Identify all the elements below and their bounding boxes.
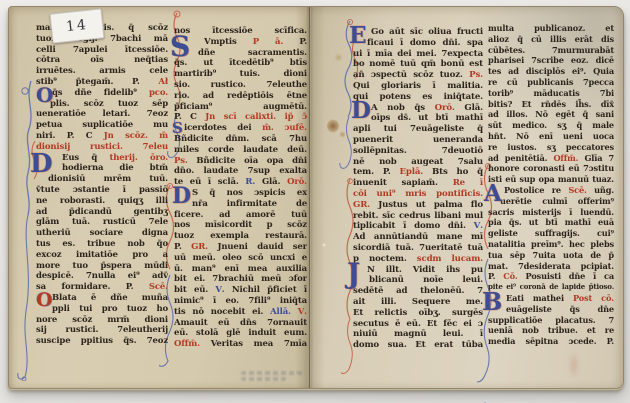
manuscript-text-run: inuenit sapiam̄. bbox=[353, 178, 453, 188]
manuscript-text-run: uerētie culmī offerim⁹ bbox=[500, 196, 614, 206]
manuscript-text-run: ui ī mīa dei mei. 7expecta bbox=[353, 49, 483, 59]
manuscript-text-run: isti eū sup opa manuū tuaz. bbox=[488, 174, 614, 184]
manuscript-text-run: excoz imitatiōe pro a bbox=[36, 250, 168, 260]
manuscript-text-run: stib⁹ p̄tegam̄. P. bbox=[36, 77, 158, 87]
manuscript-text-run: Justus ut palma flo bbox=[378, 200, 483, 210]
manuscript-text-run: ficaui ī domo dn̄i. spa bbox=[367, 38, 483, 48]
manuscript-text-run: Veritas mea 7mīa bbox=[211, 339, 307, 349]
manuscript-text-run: P. bbox=[174, 242, 191, 252]
manuscript-text-run: Eati mathei bbox=[506, 293, 573, 303]
manuscript-text-run: dn̄o. laudate 7sup exalta bbox=[174, 166, 307, 176]
manuscript-spread: mani acceptis. q̄ scōztuoz sergij. 7bach… bbox=[8, 6, 624, 389]
manuscript-text-run: ad p̄dicandū gentibʒ bbox=[36, 207, 168, 217]
manuscript-text-run: martirib⁹ tuis. dioni bbox=[174, 69, 307, 79]
manuscript-text-run: Offm̄. bbox=[553, 153, 584, 163]
manuscript-text-run: P. bbox=[488, 271, 503, 281]
manuscript-text-run: Posuisti dn̄e ī ca bbox=[526, 271, 614, 281]
manuscript-text-run: dñe sacramentis. bbox=[198, 48, 307, 58]
manuscript-text-run: niri. P. C̄ bbox=[36, 131, 104, 141]
illuminated-initial: D bbox=[172, 185, 191, 207]
manuscript-text-run: Et relictis oībʒ. surgēs bbox=[353, 308, 483, 318]
manuscript-text-run: niuiū magnū leui. ī bbox=[353, 329, 483, 339]
illuminated-initial: S bbox=[172, 121, 183, 136]
manuscript-text-run: sūt medico. sʒ q̄ male bbox=[488, 120, 614, 130]
manuscript-text-run: pco. bbox=[149, 88, 168, 98]
manuscript-text-run: secutus ē eū. Et fēc ei ɔ bbox=[353, 319, 483, 329]
manuscript-text-run: tuoz exempla restaurā. bbox=[174, 231, 307, 241]
manuscript-text-run: Bñdicite dn̄m. scā 7hu bbox=[174, 134, 307, 144]
manuscript-text-run: Nichil p̄ficiet ī bbox=[232, 285, 307, 295]
stain bbox=[334, 53, 343, 62]
manuscript-text-run: tes ad disciplōs ei⁹. Quia bbox=[488, 66, 614, 76]
manuscript-text-run: q̄s. ut ītcedētib⁹ btīs bbox=[174, 58, 307, 68]
manuscript-text-run: pia q̄s. ut btī mathī euā bbox=[488, 217, 614, 227]
ink-smudge bbox=[569, 351, 579, 379]
manuscript-text-run: p noctem. bbox=[353, 254, 417, 264]
manuscript-text-run: geliste suffragijs. cui⁹ bbox=[488, 228, 614, 238]
manuscript-text-run: ū. man⁹ enī mea auxilia bbox=[174, 264, 307, 274]
manuscript-text-run: pharisei 7scribe eoz. dicē bbox=[488, 55, 614, 65]
manuscript-text-run: N ill̄t. Vidit ih̄s pu bbox=[367, 265, 483, 275]
manuscript-text-run: Go aūt sīc oliua fructi bbox=[371, 27, 483, 37]
illuminated-initial: J bbox=[347, 260, 360, 288]
manuscript-text-run: bit eū. bbox=[174, 285, 215, 295]
gutter-crease bbox=[309, 7, 310, 388]
manuscript-text-run: GR̄. bbox=[191, 242, 217, 252]
manuscript-text-run: domo sua. Et erat tūba bbox=[353, 340, 483, 350]
manuscript-text-run: Glā. bbox=[464, 103, 483, 113]
manuscript-text-run: nos mīsicordit̄ p scōz bbox=[174, 220, 307, 230]
manuscript-text-run: therij. ōro. bbox=[109, 153, 168, 163]
manuscript-text-run: icerdotes dei bbox=[184, 123, 262, 133]
manuscript-text-run: petua suplicatiōe mu bbox=[36, 120, 168, 130]
manuscript-text-run: miles corde laudate deū. bbox=[174, 145, 307, 155]
manuscript-text-run: re iustos. sʒ peccatores bbox=[488, 142, 614, 152]
manuscript-text-run: pite ei⁹ coronā de lapide p̄tioso. bbox=[488, 282, 614, 291]
manuscript-text-run: qui potens es iniq̄tate. bbox=[353, 92, 483, 102]
manuscript-text-run: honore coronasti eū 7ɔstitu bbox=[488, 163, 614, 173]
manuscript-text-run: nr̄a infirmitate de bbox=[192, 199, 307, 209]
manuscript-text-run: ad illos. Nō egēt q̄ sani bbox=[488, 109, 614, 119]
manuscript-text-run: Postolice re bbox=[504, 185, 568, 195]
illuminated-initial: B bbox=[482, 290, 502, 314]
manuscript-text-run: alioz q̄ cū illis erāt dis bbox=[488, 34, 614, 44]
manuscript-text-run: Jn scī calixti. ip̄ ɔ̄ bbox=[205, 112, 307, 122]
manuscript-text-run: hodierna die btm̄ bbox=[62, 163, 168, 173]
manuscript-text-run: Scē. bbox=[149, 282, 168, 292]
manuscript-text-run: cōtra oīs neq̄tias bbox=[36, 55, 168, 65]
show-through-text bbox=[241, 369, 305, 387]
manuscript-text-run: tem. P. bbox=[353, 167, 399, 177]
manuscript-text-run: dionisij rustici. 7eleu bbox=[36, 142, 168, 152]
manuscript-text-run: P. bbox=[299, 37, 307, 47]
manuscript-photo: mani acceptis. q̄ scōztuoz sergij. 7bach… bbox=[0, 0, 630, 403]
manuscript-text-run: natalitia preīm⁹. hec plebs bbox=[488, 239, 614, 249]
manuscript-text-run: sedētē ad thelonēū. 7 bbox=[353, 286, 483, 296]
manuscript-text-run: V̄. bbox=[474, 221, 483, 231]
manuscript-text-run: ficere. ad amorē tuū bbox=[174, 210, 307, 220]
stain bbox=[339, 131, 346, 138]
manuscript-text-run: celli 7apulei ītcessiōe. bbox=[36, 45, 168, 55]
manuscript-text-run: irruētes. armis cele bbox=[36, 66, 168, 76]
manuscript-text-run: cōi uni⁹ mris pontificis. bbox=[353, 189, 483, 199]
manuscript-text-run: hn̄t. Nō enī ueni uoca bbox=[488, 131, 614, 141]
illuminated-initial: D bbox=[351, 99, 371, 122]
text-column-1: mani acceptis. q̄ scōztuoz sergij. 7bach… bbox=[36, 23, 168, 347]
manuscript-text-run: nore scōz mrm̄ dioni bbox=[36, 315, 168, 325]
manuscript-text-run: scd̄m lucam. bbox=[417, 254, 483, 264]
manuscript-text-run: re cū publicanis 7pecca bbox=[488, 77, 614, 87]
manuscript-text-run: euāgeliste q̄s dn̄e bbox=[506, 304, 614, 314]
manuscript-text-run: sicordiā tuā. 7ueritatē tuā bbox=[353, 243, 483, 253]
manuscript-text-run: Glā. bbox=[262, 177, 287, 187]
manuscript-text-run: glām tuā. rusticū 7ele bbox=[36, 217, 168, 227]
manuscript-text-run: R̄. bbox=[245, 177, 262, 187]
manuscript-text-run: Bt̄s ho q̄ bbox=[432, 167, 483, 177]
manuscript-text-run: plis. scōz tuoz sēp bbox=[50, 99, 168, 109]
manuscript-text-run: P̄ ā. bbox=[253, 37, 300, 47]
manuscript-text-run: ueniā nob tribue. et re bbox=[488, 325, 614, 335]
manuscript-text-run: sacris misterijs ī luendū. bbox=[488, 207, 614, 217]
manuscript-text-run: tus es. tribue nob q̄o bbox=[36, 239, 168, 249]
manuscript-text-run: supplicatiōe placatus. 7 bbox=[488, 315, 614, 325]
manuscript-text-run: Bñdicite oīa opa dn̄i bbox=[196, 156, 307, 166]
manuscript-text-run: Amauit eū dn̄s 7ornauit bbox=[174, 318, 307, 328]
illuminated-initial: S bbox=[170, 33, 190, 61]
manuscript-text-run: media sēpitna ɔcede. P. bbox=[488, 336, 614, 346]
manuscript-text-run: more tuo p̄spera mūdi bbox=[36, 261, 168, 271]
manuscript-text-run: despicē. 7nulla ei⁹ adv̄ bbox=[36, 271, 168, 281]
manuscript-text-run: GR̄. bbox=[353, 200, 378, 210]
manuscript-text-run: uū meū. oleo scō uncxi e bbox=[174, 253, 307, 263]
manuscript-text-run: Cō. bbox=[503, 271, 525, 281]
manuscript-text-run: V̄. bbox=[215, 285, 232, 295]
manuscript-text-run: Glīa 7 bbox=[584, 153, 614, 163]
manuscript-text-run: bit̄ ei. 7brachiū meū ɔfor bbox=[174, 274, 307, 284]
manuscript-text-run: ne roborasti. quiqʒ illi bbox=[36, 196, 168, 206]
manuscript-text-run: tis nō nocebit ei. bbox=[174, 307, 270, 317]
manuscript-text-run: Jn scōz. m̄ bbox=[104, 131, 168, 141]
manuscript-text-run: tiplicabit̄ ī domo dn̄i. bbox=[353, 221, 474, 231]
manuscript-text-run: torib⁹ māducatis 7bi bbox=[488, 88, 614, 98]
manuscript-text-run: m̄. ɔufē. bbox=[262, 123, 307, 133]
text-column-2: nos ītcessiōe scīfica.Vmptis P̄ ā. P.dñe… bbox=[174, 26, 307, 350]
manuscript-text-run: multa publicanoz. et bbox=[488, 23, 614, 33]
manuscript-text-run: P̄s. bbox=[469, 70, 483, 80]
manuscript-text-run: Orō. bbox=[287, 177, 307, 187]
illuminated-initial: O bbox=[36, 85, 53, 105]
manuscript-text-run: apl̄i tui 7euāgeliste q̄ bbox=[353, 124, 483, 134]
manuscript-text-run: oīps ds̄. ut btī mathī bbox=[371, 113, 483, 123]
manuscript-text-run: S q̄ nos ɔspicis ex bbox=[192, 188, 307, 198]
manuscript-text-run: nē nob augeat 7salu bbox=[353, 157, 483, 167]
manuscript-text-run: an̄ ɔspectū scōz tuoz. bbox=[353, 70, 469, 80]
manuscript-text-run: rio. ad redēptiōis ēt̄ne bbox=[174, 91, 307, 101]
manuscript-text-run: sij rustici. 7eleutherij bbox=[36, 325, 168, 335]
manuscript-text-run: Jnueni dauid ser bbox=[217, 242, 307, 252]
manuscript-text-run: Ał bbox=[158, 77, 168, 87]
illuminated-initial: A bbox=[484, 182, 502, 205]
manuscript-text-run: bo nomē tuū qm̄ bonū est bbox=[353, 59, 483, 69]
manuscript-text-run: Vmptis bbox=[204, 37, 253, 47]
illuminated-initial: D bbox=[30, 151, 53, 177]
manuscript-text-run: v̄tute ɔstantie ī passiō bbox=[36, 185, 168, 195]
manuscript-text-run: Qui gloriaris ī malitia. bbox=[353, 81, 483, 91]
manuscript-text-run: puenerit ueneranda bbox=[353, 135, 483, 145]
manuscript-text-run: ait illi. Sequere me. bbox=[353, 297, 483, 307]
manuscript-text-run: sollēpnitas. 7deuotiō bbox=[353, 146, 483, 156]
manuscript-text-run: Eplā. bbox=[399, 167, 432, 177]
manuscript-text-run: Orō. bbox=[435, 103, 465, 113]
manuscript-text-run: bitis? Et rn̄dēs ih̄s. dīx̄ bbox=[488, 99, 614, 109]
manuscript-text-run: Post cō. bbox=[573, 293, 614, 303]
illuminated-initial: O bbox=[36, 291, 53, 310]
folio-number: 14 bbox=[65, 17, 88, 35]
manuscript-text-run: blicanū noīe leui. bbox=[369, 275, 483, 285]
manuscript-text-run: uñg. bbox=[594, 185, 614, 195]
folio-number-tab: 14 bbox=[50, 8, 105, 43]
stain bbox=[327, 119, 339, 133]
manuscript-text-run: q̄s dñe fidelib⁹ bbox=[52, 88, 149, 98]
text-column-3: Go aūt sīc oliua fructificaui ī domo dn̄… bbox=[353, 27, 483, 351]
text-column-4: multa publicanoz. etalioz q̄ cū illis er… bbox=[488, 23, 614, 347]
manuscript-text-run: rebit. sīc cedrus libani mul bbox=[353, 211, 483, 221]
manuscript-text-run: utheriū sociare digna bbox=[36, 228, 168, 238]
manuscript-text-run: cūbētes. 7murmurabāt bbox=[488, 45, 614, 55]
manuscript-text-run: Offm̄. bbox=[174, 339, 211, 349]
manuscript-text-run: V̄. bbox=[298, 307, 307, 317]
manuscript-text-run: Allā. bbox=[270, 307, 298, 317]
manuscript-text-run: dionisiū mrēm tuū. bbox=[48, 174, 168, 184]
manuscript-text-run: mat. 7desiderata pcipiat. bbox=[488, 261, 614, 271]
manuscript-text-run: tua sēp 7uita uota de p̄ bbox=[488, 250, 614, 260]
manuscript-text-run: sio. rustico. 7eleuthe bbox=[174, 80, 307, 90]
manuscript-text-run: nimic⁹ ī eo. 7fili⁹ iniq̄ta bbox=[174, 296, 307, 306]
manuscript-text-run: Blata ē dñe muña bbox=[52, 293, 168, 303]
manuscript-text-run: A nob q̄s bbox=[371, 103, 435, 113]
manuscript-text-run: p̄ficiam⁹ augmētū. bbox=[174, 102, 307, 112]
manuscript-text-run: eū. stolā glē induit eum. bbox=[174, 328, 307, 338]
manuscript-text-run: ad penitētiā. bbox=[488, 153, 553, 163]
manuscript-text-run: nos ītcessiōe scīfica. bbox=[174, 26, 307, 36]
manuscript-text-run: Scē. bbox=[568, 185, 594, 195]
manuscript-text-run: P̄s. bbox=[174, 156, 196, 166]
manuscript-text-run: suscipe ppitius q̄s. 7eoz bbox=[36, 336, 168, 346]
manuscript-text-run: ppli tui pro tuoz ho bbox=[52, 304, 168, 314]
illuminated-initial: E bbox=[349, 24, 367, 47]
manuscript-text-run: Ad annūtiandū mane mī bbox=[353, 232, 483, 242]
fleck bbox=[322, 243, 326, 247]
manuscript-text-run: ueneratiōe letari. 7eoz bbox=[36, 109, 168, 119]
manuscript-text-run: Eus q̄ bbox=[62, 153, 109, 163]
manuscript-text-run: Re ī bbox=[453, 178, 483, 188]
